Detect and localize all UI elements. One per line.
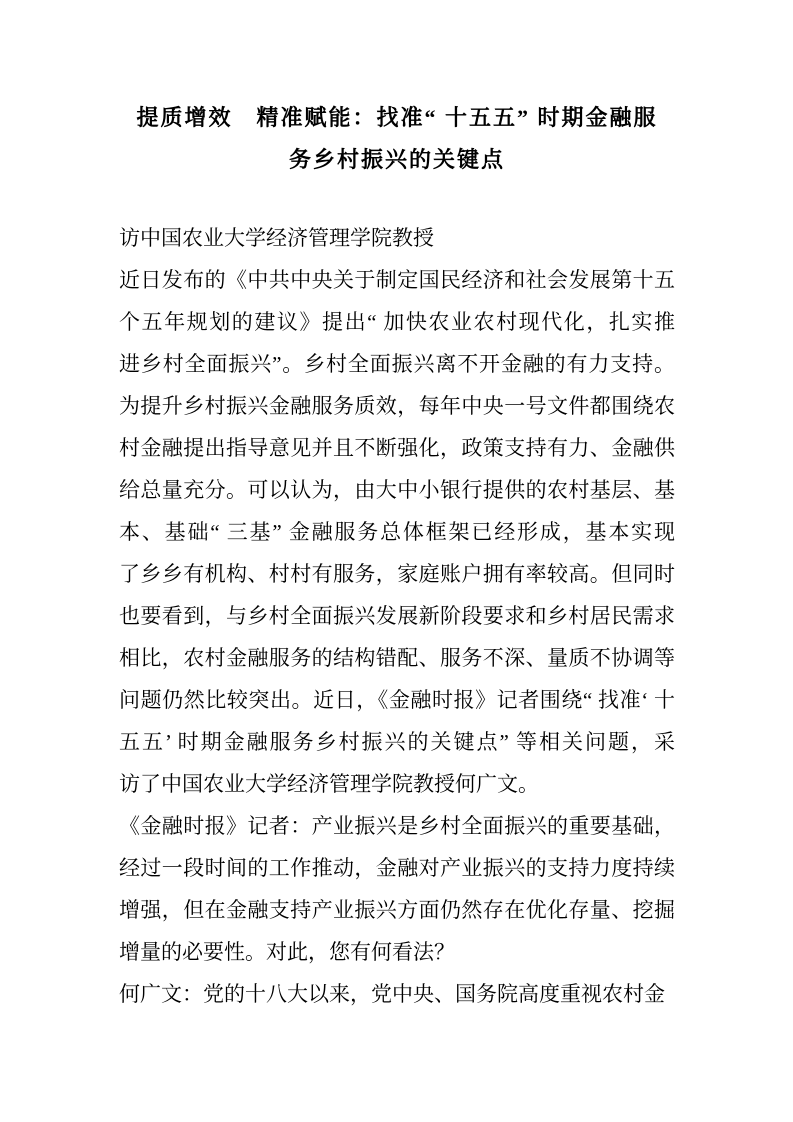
document-content: 提质增效 精准赋能：找准“ 十五五” 时期金融服 务乡村振兴的关键点 访中国农业… — [0, 0, 793, 1015]
text-line: 访了中国农业大学经济管理学院教授何广文。 — [119, 763, 675, 805]
text-line: 近日发布的《中共中央关于制定国民经济和社会发展第十五 — [119, 259, 675, 301]
text-line: 经过一段时间的工作推动，金融对产业振兴的支持力度持续 — [119, 847, 675, 889]
page: 提质增效 精准赋能：找准“ 十五五” 时期金融服 务乡村振兴的关键点 访中国农业… — [0, 0, 793, 1122]
text-line: 何广文：党的十八大以来，党中央、国务院高度重视农村金 — [119, 973, 675, 1015]
paragraph: 近日发布的《中共中央关于制定国民经济和社会发展第十五个五年规划的建议》提出“ 加… — [119, 259, 675, 805]
text-line: 《金融时报》记者：产业振兴是乡村全面振兴的重要基础， — [119, 805, 675, 847]
paragraph: 访中国农业大学经济管理学院教授 — [119, 217, 675, 259]
document-title: 提质增效 精准赋能：找准“ 十五五” 时期金融服 务乡村振兴的关键点 — [119, 97, 675, 181]
document-page: { "page": { "background_color": "#ffffff… — [0, 0, 793, 1122]
text-line: 为提升乡村振兴金融服务质效，每年中央一号文件都围绕农 — [119, 385, 675, 427]
text-line: 增强，但在金融支持产业振兴方面仍然存在优化存量、挖掘 — [119, 889, 675, 931]
text-line: 五五’ 时期金融服务乡村振兴的关键点” 等相关问题，采 — [119, 721, 675, 763]
text-line: 也要看到，与乡村全面振兴发展新阶段要求和乡村居民需求 — [119, 595, 675, 637]
document-body: 访中国农业大学经济管理学院教授近日发布的《中共中央关于制定国民经济和社会发展第十… — [119, 217, 675, 1015]
text-line: 村金融提出指导意见并且不断强化，政策支持有力、金融供 — [119, 427, 675, 469]
text-line: 了乡乡有机构、村村有服务，家庭账户拥有率较高。但同时 — [119, 553, 675, 595]
text-line: 访中国农业大学经济管理学院教授 — [119, 217, 675, 259]
text-line: 问题仍然比较突出。近日，《金融时报》记者围绕“ 找准‘ 十 — [119, 679, 675, 721]
paragraph: 何广文：党的十八大以来，党中央、国务院高度重视农村金 — [119, 973, 675, 1015]
text-line: 个五年规划的建议》提出“ 加快农业农村现代化，扎实推 — [119, 301, 675, 343]
text-line: 本、基础“ 三基” 金融服务总体框架已经形成，基本实现 — [119, 511, 675, 553]
text-line: 给总量充分。可以认为，由大中小银行提供的农村基层、基 — [119, 469, 675, 511]
text-line: 相比，农村金融服务的结构错配、服务不深、量质不协调等 — [119, 637, 675, 679]
text-line: 进乡村全面振兴”。乡村全面振兴离不开金融的有力支持。 — [119, 343, 675, 385]
text-line: 增量的必要性。对此，您有何看法？ — [119, 931, 675, 973]
paragraph: 《金融时报》记者：产业振兴是乡村全面振兴的重要基础，经过一段时间的工作推动，金融… — [119, 805, 675, 973]
